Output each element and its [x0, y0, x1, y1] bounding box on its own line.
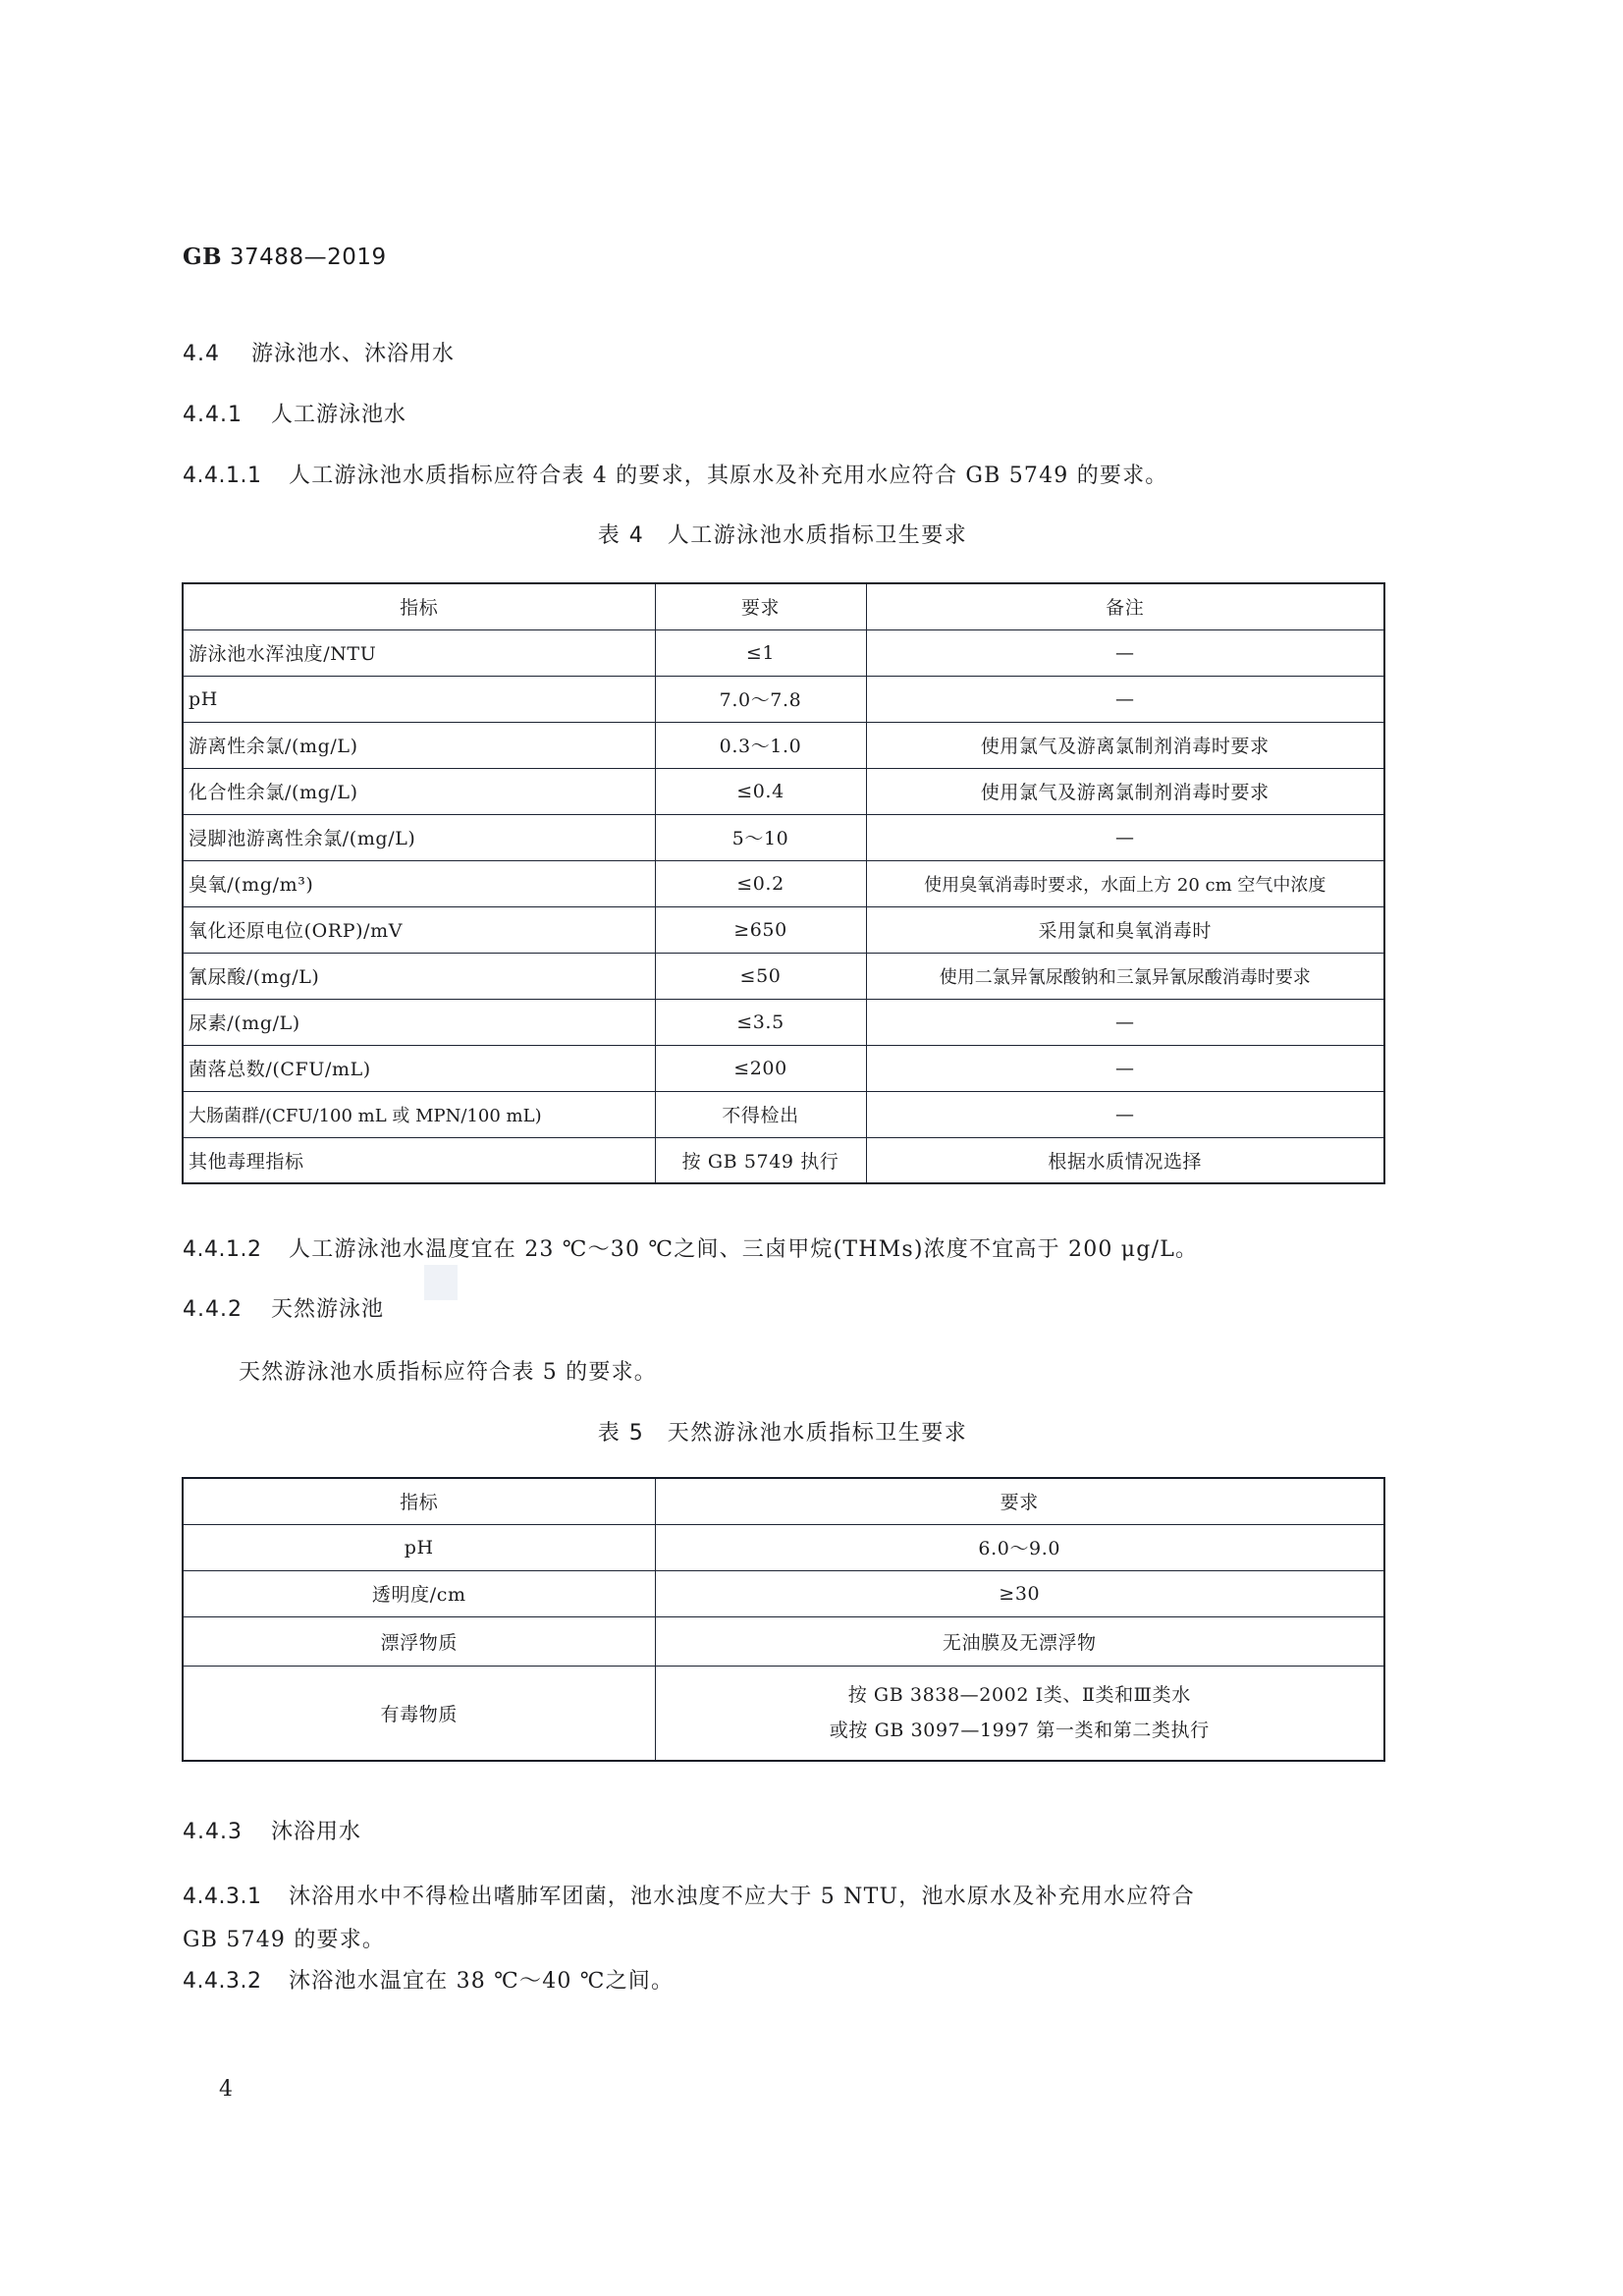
cell-indicator: 尿素/(mg/L) [183, 999, 655, 1045]
section-heading-4-4-1: 4.4.1人工游泳池水 [183, 398, 406, 428]
header-requirement: 要求 [655, 583, 866, 629]
section-number: 4.4.3 [183, 1820, 271, 1844]
section-title: 人工游泳池水 [271, 403, 406, 427]
cell-requirement: ≤0.2 [655, 860, 866, 906]
paragraph-4-4-2: 天然游泳池水质指标应符合表 5 的要求。 [239, 1355, 657, 1386]
table-row: pH7.0～7.8— [183, 676, 1384, 722]
clause-number: 4.4.3.1 [183, 1885, 289, 1909]
cell-remark: — [866, 1045, 1384, 1091]
cell-indicator: 其他毒理指标 [183, 1137, 655, 1183]
cell-requirement: 按 GB 3838—2002 Ⅰ类、Ⅱ类和Ⅲ类水 或按 GB 3097—1997… [655, 1666, 1384, 1761]
cell-remark: 根据水质情况选择 [866, 1137, 1384, 1183]
cell-requirement: ≤200 [655, 1045, 866, 1091]
requirement-line-2: 或按 GB 3097—1997 第一类和第二类执行 [662, 1713, 1379, 1748]
cell-requirement: 无油膜及无漂浮物 [655, 1616, 1384, 1666]
cell-indicator: 菌落总数/(CFU/mL) [183, 1045, 655, 1091]
clause-number: 4.4.1.1 [183, 464, 289, 488]
table-row: 漂浮物质无油膜及无漂浮物 [183, 1616, 1384, 1666]
cell-indicator: 浸脚池游离性余氯/(mg/L) [183, 814, 655, 860]
clause-text: 沐浴用水中不得检出嗜肺军团菌，池水浊度不应大于 5 NTU，池水原水及补充用水应… [289, 1885, 1195, 1909]
paragraph-4-4-1-1: 4.4.1.1人工游泳池水质指标应符合表 4 的要求，其原水及补充用水应符合 G… [183, 459, 1168, 489]
table5-caption: 表 5 天然游泳池水质指标卫生要求 [0, 1416, 1565, 1447]
cell-remark: 使用氯气及游离氯制剂消毒时要求 [866, 722, 1384, 768]
clause-number: 4.4.3.2 [183, 1969, 289, 1994]
cell-remark: — [866, 676, 1384, 722]
cell-requirement: 不得检出 [655, 1091, 866, 1137]
clause-text: 沐浴池水温宜在 38 ℃～40 ℃之间。 [289, 1969, 674, 1994]
cell-indicator: 化合性余氯/(mg/L) [183, 768, 655, 814]
table-row: 臭氧/(mg/m³)≤0.2使用臭氧消毒时要求，水面上方 20 cm 空气中浓度 [183, 860, 1384, 906]
cell-remark: 使用二氯异氰尿酸钠和三氯异氰尿酸消毒时要求 [866, 953, 1384, 999]
cell-remark: 使用臭氧消毒时要求，水面上方 20 cm 空气中浓度 [866, 860, 1384, 906]
cell-requirement: 6.0～9.0 [655, 1524, 1384, 1570]
cell-remark: 使用氯气及游离氯制剂消毒时要求 [866, 768, 1384, 814]
scan-artifact [424, 1265, 458, 1300]
cell-requirement: 按 GB 5749 执行 [655, 1137, 866, 1183]
standard-number: GB 37488—2019 [183, 244, 387, 270]
paragraph-4-4-3-2: 4.4.3.2沐浴池水温宜在 38 ℃～40 ℃之间。 [183, 1964, 674, 1995]
clause-text: 人工游泳池水质指标应符合表 4 的要求，其原水及补充用水应符合 GB 5749 … [289, 464, 1168, 488]
table-4-artificial-pool: 指标 要求 备注 游泳池水浑浊度/NTU≤1— pH7.0～7.8— 游离性余氯… [182, 582, 1385, 1184]
table-row: 化合性余氯/(mg/L)≤0.4使用氯气及游离氯制剂消毒时要求 [183, 768, 1384, 814]
table-row: 氰尿酸/(mg/L)≤50使用二氯异氰尿酸钠和三氯异氰尿酸消毒时要求 [183, 953, 1384, 999]
section-title: 游泳池水、沐浴用水 [251, 342, 455, 366]
table-row: 游离性余氯/(mg/L)0.3～1.0使用氯气及游离氯制剂消毒时要求 [183, 722, 1384, 768]
section-title: 天然游泳池 [271, 1297, 384, 1322]
table-header-row: 指标 要求 [183, 1478, 1384, 1524]
table-row: 其他毒理指标按 GB 5749 执行根据水质情况选择 [183, 1137, 1384, 1183]
clause-number: 4.4.1.2 [183, 1237, 289, 1262]
cell-remark: — [866, 999, 1384, 1045]
clause-text: 人工游泳池水温度宜在 23 ℃～30 ℃之间、三卤甲烷(THMs)浓度不宜高于 … [289, 1237, 1198, 1262]
header-requirement: 要求 [655, 1478, 1384, 1524]
table-row: 有毒物质 按 GB 3838—2002 Ⅰ类、Ⅱ类和Ⅲ类水 或按 GB 3097… [183, 1666, 1384, 1761]
requirement-line-1: 按 GB 3838—2002 Ⅰ类、Ⅱ类和Ⅲ类水 [662, 1677, 1379, 1713]
cell-requirement: ≥30 [655, 1570, 1384, 1616]
cell-requirement: ≥650 [655, 906, 866, 953]
cell-indicator: 臭氧/(mg/m³) [183, 860, 655, 906]
cell-requirement: ≤1 [655, 629, 866, 676]
cell-requirement: 5～10 [655, 814, 866, 860]
cell-indicator: 漂浮物质 [183, 1616, 655, 1666]
cell-indicator: pH [183, 676, 655, 722]
cell-remark: — [866, 1091, 1384, 1137]
cell-remark: — [866, 629, 1384, 676]
section-number: 4.4.1 [183, 403, 271, 427]
section-number: 4.4 [183, 342, 251, 366]
table-header-row: 指标 要求 备注 [183, 583, 1384, 629]
table-row: 菌落总数/(CFU/mL)≤200— [183, 1045, 1384, 1091]
section-number: 4.4.2 [183, 1297, 271, 1322]
cell-requirement: ≤3.5 [655, 999, 866, 1045]
section-heading-4-4-3: 4.4.3沐浴用水 [183, 1815, 361, 1845]
table4-caption: 表 4 人工游泳池水质指标卫生要求 [0, 519, 1565, 549]
cell-indicator: 游泳池水浑浊度/NTU [183, 629, 655, 676]
standard-code: 37488—2019 [230, 245, 387, 270]
table-row: 透明度/cm≥30 [183, 1570, 1384, 1616]
cell-remark: — [866, 814, 1384, 860]
cell-indicator: 氧化还原电位(ORP)/mV [183, 906, 655, 953]
table-5-natural-pool: 指标 要求 pH6.0～9.0 透明度/cm≥30 漂浮物质无油膜及无漂浮物 有… [182, 1477, 1385, 1762]
table-row: 氧化还原电位(ORP)/mV≥650采用氯和臭氧消毒时 [183, 906, 1384, 953]
paragraph-4-4-1-2: 4.4.1.2人工游泳池水温度宜在 23 ℃～30 ℃之间、三卤甲烷(THMs)… [183, 1232, 1198, 1263]
cell-remark: 采用氯和臭氧消毒时 [866, 906, 1384, 953]
header-remark: 备注 [866, 583, 1384, 629]
table-row: 尿素/(mg/L)≤3.5— [183, 999, 1384, 1045]
paragraph-4-4-3-1: 4.4.3.1沐浴用水中不得检出嗜肺军团菌，池水浊度不应大于 5 NTU，池水原… [183, 1880, 1195, 1910]
cell-indicator: pH [183, 1524, 655, 1570]
section-heading-4-4: 4.4游泳池水、沐浴用水 [183, 337, 455, 367]
header-indicator: 指标 [183, 1478, 655, 1524]
section-title: 沐浴用水 [271, 1820, 361, 1844]
cell-requirement: 7.0～7.8 [655, 676, 866, 722]
section-heading-4-4-2: 4.4.2天然游泳池 [183, 1292, 384, 1323]
table-row: 大肠菌群/(CFU/100 mL 或 MPN/100 mL)不得检出— [183, 1091, 1384, 1137]
table-row: pH6.0～9.0 [183, 1524, 1384, 1570]
table-row: 浸脚池游离性余氯/(mg/L)5～10— [183, 814, 1384, 860]
cell-indicator: 大肠菌群/(CFU/100 mL 或 MPN/100 mL) [183, 1091, 655, 1137]
standard-prefix: GB [183, 244, 222, 270]
table-row: 游泳池水浑浊度/NTU≤1— [183, 629, 1384, 676]
paragraph-4-4-3-1-continued: GB 5749 的要求。 [183, 1923, 385, 1953]
cell-indicator: 游离性余氯/(mg/L) [183, 722, 655, 768]
cell-indicator: 透明度/cm [183, 1570, 655, 1616]
cell-indicator: 有毒物质 [183, 1666, 655, 1761]
cell-requirement: ≤0.4 [655, 768, 866, 814]
cell-indicator: 氰尿酸/(mg/L) [183, 953, 655, 999]
cell-requirement: ≤50 [655, 953, 866, 999]
header-indicator: 指标 [183, 583, 655, 629]
cell-requirement: 0.3～1.0 [655, 722, 866, 768]
page-number: 4 [219, 2077, 233, 2102]
